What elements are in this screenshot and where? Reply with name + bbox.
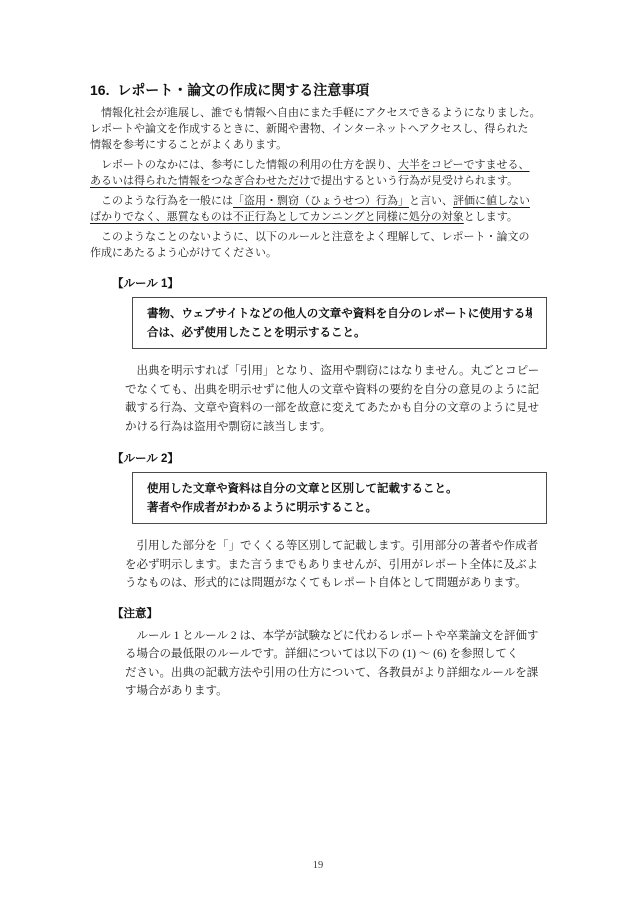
text-segment: る場合の最低限のルールです。詳細については以下の (1) ～ (6) を参照して… bbox=[125, 648, 518, 660]
text-line: 情報を参考にすることがよくあります。 bbox=[90, 137, 545, 153]
intro-paragraph-3: このような行為を一般には「盗用・剽窃（ひょうせつ）行為」と言い、評価に値しないば… bbox=[90, 193, 545, 225]
text-line: うなものは、形式的には問題がなくてもレポート自体として問題があります。 bbox=[125, 574, 545, 593]
note-section: 【注意】 ルール 1 とルール 2 は、本学が試験などに代わるレポートや卒業論文… bbox=[90, 607, 545, 701]
text-segment: 引用した部分を「」でくくる等区別して記載します。引用部分の著者や作成者 bbox=[125, 540, 538, 552]
underlined-text-segment: 評価に値しない bbox=[453, 195, 530, 207]
text-segment: を必ず明示します。また言うまでもありませんが、引用がレポート全体に及ぶよ bbox=[125, 559, 538, 571]
document-page: 16. レポート・論文の作成に関する注意事項 情報化社会が進展し、誰でも情報へ自… bbox=[0, 0, 636, 900]
text-segment: とします。 bbox=[464, 211, 518, 223]
note-label: 【注意】 bbox=[112, 607, 545, 622]
rule1-explanation: 出典を明示すれば「引用」となり、盗用や剽窃にはなりません。丸ごとコピーでなくても… bbox=[125, 362, 545, 436]
text-line: 書物、ウェブサイトなどの他人の文章や資料を自分のレポートに使用する場 bbox=[147, 305, 532, 324]
text-segment: 作成にあたるよう心がけてください。 bbox=[90, 247, 277, 259]
intro-paragraph-4: このようなことのないように、以下のルールと注意をよく理解して、レポート・論文の作… bbox=[90, 229, 545, 261]
text-line: 合は、必ず使用したことを明示すること。 bbox=[147, 324, 532, 343]
text-line: でなくても、出典を明示せずに他人の文章や資料の要約を自分の意見のように記 bbox=[125, 381, 545, 400]
text-line: ださい。出典の記載方法や引用の仕方について、各教員がより詳細なルールを課 bbox=[125, 664, 545, 683]
text-line: す場合があります。 bbox=[125, 682, 545, 701]
intro-paragraph-1: 情報化社会が進展し、誰でも情報へ自由にまた手軽にアクセスできるようになりました。… bbox=[90, 105, 545, 153]
page-title: 16. レポート・論文の作成に関する注意事項 bbox=[90, 82, 545, 98]
text-line: ばかりでなく、悪質なものは不正行為としてカンニングと同様に処分の対象とします。 bbox=[90, 209, 545, 225]
text-line: 出典を明示すれば「引用」となり、盗用や剽窃にはなりません。丸ごとコピー bbox=[125, 362, 545, 381]
text-segment: ださい。出典の記載方法や引用の仕方について、各教員がより詳細なルールを課 bbox=[125, 667, 538, 679]
text-segment: ルール 1 とルール 2 は、本学が試験などに代わるレポートや卒業論文を評価す bbox=[125, 630, 539, 642]
text-line: このような行為を一般には「盗用・剽窃（ひょうせつ）行為」と言い、評価に値しない bbox=[90, 193, 545, 209]
text-segment: す場合があります。 bbox=[125, 685, 228, 697]
text-line: ルール 1 とルール 2 は、本学が試験などに代わるレポートや卒業論文を評価す bbox=[125, 627, 545, 646]
text-segment: と言い、 bbox=[409, 195, 453, 207]
text-segment: かける行為は盗用や剽窃に該当します。 bbox=[125, 421, 331, 433]
text-line: を必ず明示します。また言うまでもありませんが、引用がレポート全体に及ぶよ bbox=[125, 556, 545, 575]
underlined-text-segment: あるいは得られた情報をつなぎ合わせただけ bbox=[90, 175, 310, 187]
text-segment: 情報を参考にすることがよくあります。 bbox=[90, 139, 287, 151]
text-line: 著者や作成者がわかるように明示すること。 bbox=[147, 499, 532, 518]
text-line: レポートのなかには、参考にした情報の利用の仕方を誤り、大半をコピーですませる、 bbox=[90, 157, 545, 173]
text-segment: 出典を明示すれば「引用」となり、盗用や剽窃にはなりません。丸ごとコピー bbox=[125, 365, 539, 377]
intro-section: 情報化社会が進展し、誰でも情報へ自由にまた手軽にアクセスできるようになりました。… bbox=[90, 105, 545, 261]
rule1-label: 【ルール 1】 bbox=[112, 277, 545, 292]
text-segment: 使用した文章や資料は自分の文章と区別して記載すること。 bbox=[147, 483, 458, 495]
text-line: かける行為は盗用や剽窃に該当します。 bbox=[125, 418, 545, 437]
rule2-explanation: 引用した部分を「」でくくる等区別して記載します。引用部分の著者や作成者を必ず明示… bbox=[125, 537, 545, 593]
text-line: 使用した文章や資料は自分の文章と区別して記載すること。 bbox=[147, 480, 532, 499]
text-segment: で提出するという行為が見受けられます。 bbox=[310, 175, 518, 187]
note-body: ルール 1 とルール 2 は、本学が試験などに代わるレポートや卒業論文を評価する… bbox=[125, 627, 545, 701]
underlined-text-segment: ばかりでなく、悪質なものは不正行為としてカンニングと同様に処分の対象 bbox=[90, 211, 464, 223]
text-line: このようなことのないように、以下のルールと注意をよく理解して、レポート・論文の bbox=[90, 229, 545, 245]
text-line: 情報化社会が進展し、誰でも情報へ自由にまた手軽にアクセスできるようになりました。 bbox=[90, 105, 545, 121]
text-segment: 著者や作成者がわかるように明示すること。 bbox=[147, 502, 377, 514]
text-segment: 合は、必ず使用したことを明示すること。 bbox=[147, 327, 366, 339]
rule2-section: 【ルール 2】 使用した文章や資料は自分の文章と区別して記載すること。著者や作成… bbox=[90, 452, 545, 593]
underlined-text-segment: 「盗用・剽窃（ひょうせつ）行為」 bbox=[233, 195, 409, 207]
text-segment: 載する行為、文章や資料の一部を故意に変えてあたかも自分の文章のように見せ bbox=[125, 402, 539, 414]
underlined-text-segment: 大半をコピーですませる、 bbox=[398, 159, 530, 171]
text-line: レポートや論文を作成するときに、新聞や書物、インターネットへアクセスし、得られた bbox=[90, 121, 545, 137]
rule2-label: 【ルール 2】 bbox=[112, 452, 545, 467]
intro-paragraph-2: レポートのなかには、参考にした情報の利用の仕方を誤り、大半をコピーですませる、あ… bbox=[90, 157, 545, 189]
text-line: る場合の最低限のルールです。詳細については以下の (1) ～ (6) を参照して… bbox=[125, 645, 545, 664]
text-line: 載する行為、文章や資料の一部を故意に変えてあたかも自分の文章のように見せ bbox=[125, 399, 545, 418]
rule2-box: 使用した文章や資料は自分の文章と区別して記載すること。著者や作成者がわかるように… bbox=[132, 472, 547, 524]
text-segment: 書物、ウェブサイトなどの他人の文章や資料を自分のレポートに使用する場 bbox=[147, 308, 532, 320]
text-segment: でなくても、出典を明示せずに他人の文章や資料の要約を自分の意見のように記 bbox=[125, 384, 539, 396]
text-segment: レポートのなかには、参考にした情報の利用の仕方を誤り、 bbox=[90, 159, 398, 171]
rule1-box: 書物、ウェブサイトなどの他人の文章や資料を自分のレポートに使用する場合は、必ず使… bbox=[132, 297, 547, 349]
text-line: 引用した部分を「」でくくる等区別して記載します。引用部分の著者や作成者 bbox=[125, 537, 545, 556]
text-segment: 情報化社会が進展し、誰でも情報へ自由にまた手軽にアクセスできるようになりました。 bbox=[90, 107, 541, 119]
text-segment: うなものは、形式的には問題がなくてもレポート自体として問題があります。 bbox=[125, 577, 527, 589]
text-line: あるいは得られた情報をつなぎ合わせただけで提出するという行為が見受けられます。 bbox=[90, 173, 545, 189]
text-segment: このような行為を一般には bbox=[90, 195, 233, 207]
text-segment: レポートや論文を作成するときに、新聞や書物、インターネットへアクセスし、得られた bbox=[90, 123, 528, 135]
rule1-section: 【ルール 1】 書物、ウェブサイトなどの他人の文章や資料を自分のレポートに使用す… bbox=[90, 277, 545, 436]
text-segment: このようなことのないように、以下のルールと注意をよく理解して、レポート・論文の bbox=[90, 231, 530, 243]
text-line: 作成にあたるよう心がけてください。 bbox=[90, 245, 545, 261]
page-number: 19 bbox=[0, 860, 636, 871]
